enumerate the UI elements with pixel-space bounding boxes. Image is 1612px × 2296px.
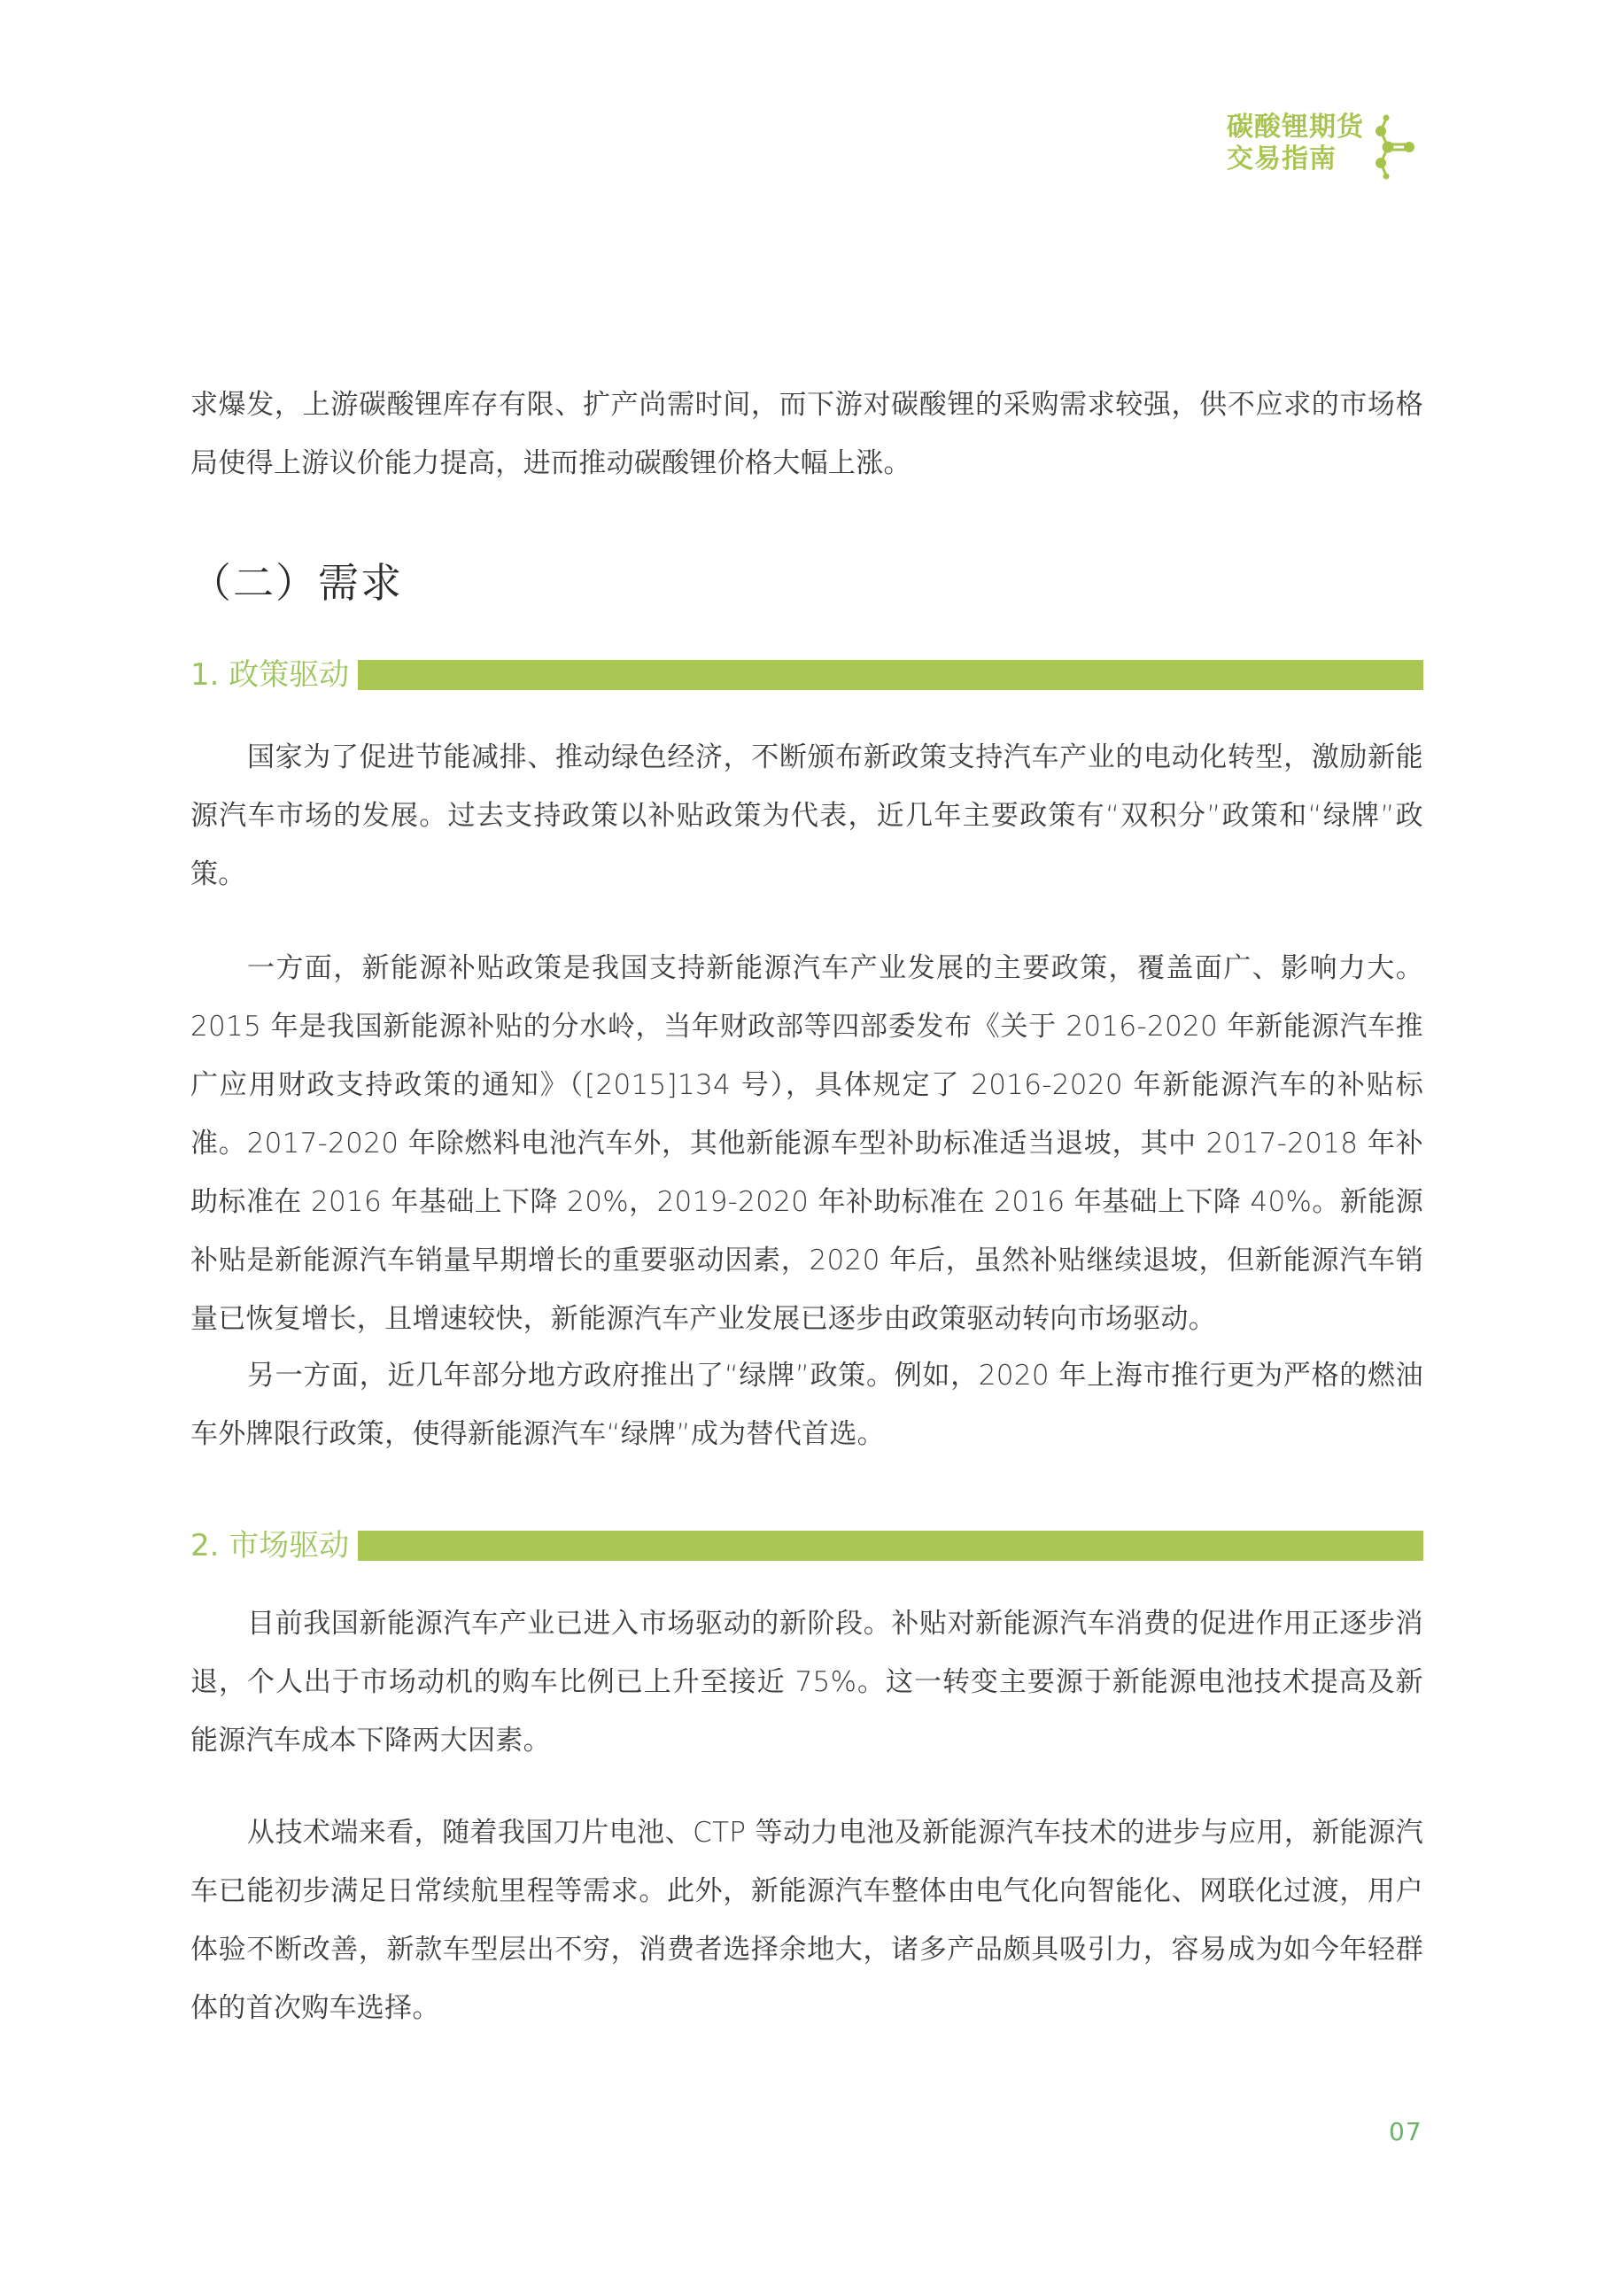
paragraph: 一方面，新能源补贴政策是我国支持新能源汽车产业发展的主要政策，覆盖面广、影响力大… — [190, 939, 1423, 1348]
paragraph: 从技术端来看，随着我国刀片电池、CTP 等动力电池及新能源汽车技术的进步与应用，… — [190, 1803, 1423, 2037]
intro-paragraph: 求爆发，上游碳酸锂库存有限、扩产尚需时间，而下游对碳酸锂的采购需求较强，供不应求… — [190, 376, 1423, 493]
paragraph: 目前我国新能源汽车产业已进入市场驱动的新阶段。补贴对新能源汽车消费的促进作用正逐… — [190, 1594, 1423, 1770]
subsection-bar-decoration — [358, 1531, 1423, 1561]
page-number: 07 — [1389, 2117, 1422, 2146]
subsection-bar-market: 2. 市场驱动 — [190, 1528, 1423, 1563]
brand-title: 碳酸锂期货 交易指南 — [1227, 112, 1364, 175]
subsection-title: 1. 政策驱动 — [190, 657, 358, 693]
subsection-title: 2. 市场驱动 — [190, 1528, 358, 1563]
subsection-policy-body-2: 一方面，新能源补贴政策是我国支持新能源汽车产业发展的主要政策，覆盖面广、影响力大… — [190, 939, 1423, 1348]
intro-block: 求爆发，上游碳酸锂库存有限、扩产尚需时间，而下游对碳酸锂的采购需求较强，供不应求… — [190, 376, 1423, 493]
subsection-bar-policy: 1. 政策驱动 — [190, 657, 1423, 693]
paragraph: 另一方面，近几年部分地方政府推出了“绿牌”政策。例如，2020 年上海市推行更为… — [190, 1346, 1423, 1463]
subsection-market-body: 目前我国新能源汽车产业已进入市场驱动的新阶段。补贴对新能源汽车消费的促进作用正逐… — [190, 1594, 1423, 1770]
subsection-policy-body-3: 另一方面，近几年部分地方政府推出了“绿牌”政策。例如，2020 年上海市推行更为… — [190, 1346, 1423, 1463]
subsection-policy-body: 国家为了促进节能减排、推动绿色经济，不断颁布新政策支持汽车产业的电动化转型，激励… — [190, 728, 1423, 904]
paragraph: 国家为了促进节能减排、推动绿色经济，不断颁布新政策支持汽车产业的电动化转型，激励… — [190, 728, 1423, 904]
brand-title-line1: 碳酸锂期货 — [1227, 112, 1364, 143]
molecule-icon — [1376, 112, 1446, 182]
brand-title-line2: 交易指南 — [1227, 143, 1364, 175]
subsection-market-body-2: 从技术端来看，随着我国刀片电池、CTP 等动力电池及新能源汽车技术的进步与应用，… — [190, 1803, 1423, 2037]
page-header: 碳酸锂期货 交易指南 — [1227, 112, 1448, 182]
section-heading: （二）需求 — [190, 556, 403, 609]
subsection-bar-decoration — [358, 660, 1423, 690]
